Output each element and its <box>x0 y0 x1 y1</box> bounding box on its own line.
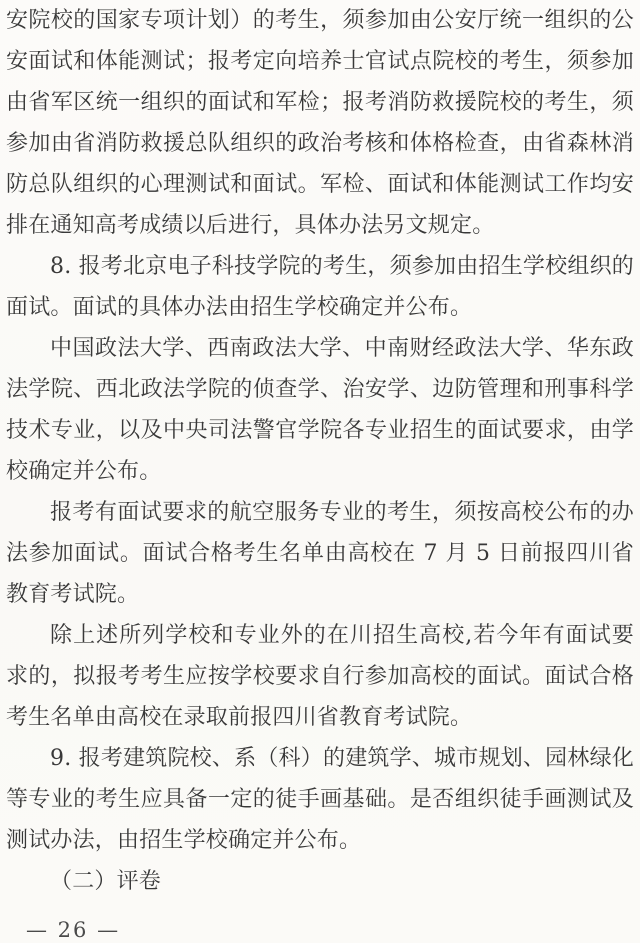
section-heading: （二）评卷 <box>6 861 634 902</box>
paragraph: 中国政法大学、西南政法大学、中南财经政法大学、华东政法学院、西北政法学院的侦查学… <box>6 328 634 492</box>
paragraph: 安院校的国家专项计划）的考生，须参加由公安厅统一组织的公安面试和体能测试；报考定… <box>6 0 634 246</box>
document-page: 安院校的国家专项计划）的考生，须参加由公安厅统一组织的公安面试和体能测试；报考定… <box>0 0 640 943</box>
paragraph: 报考有面试要求的航空服务专业的考生，须按高校公布的办法参加面试。面试合格考生名单… <box>6 492 634 615</box>
paragraph: 9. 报考建筑院校、系（科）的建筑学、城市规划、园林绿化等专业的考生应具备一定的… <box>6 738 634 861</box>
page-number: — 26 — <box>6 918 634 942</box>
paragraph: 除上述所列学校和专业外的在川招生高校,若今年有面试要求的，拟报考考生应按学校要求… <box>6 615 634 738</box>
paragraph: 8. 报考北京电子科技学院的考生，须参加由招生学校组织的面试。面试的具体办法由招… <box>6 246 634 328</box>
